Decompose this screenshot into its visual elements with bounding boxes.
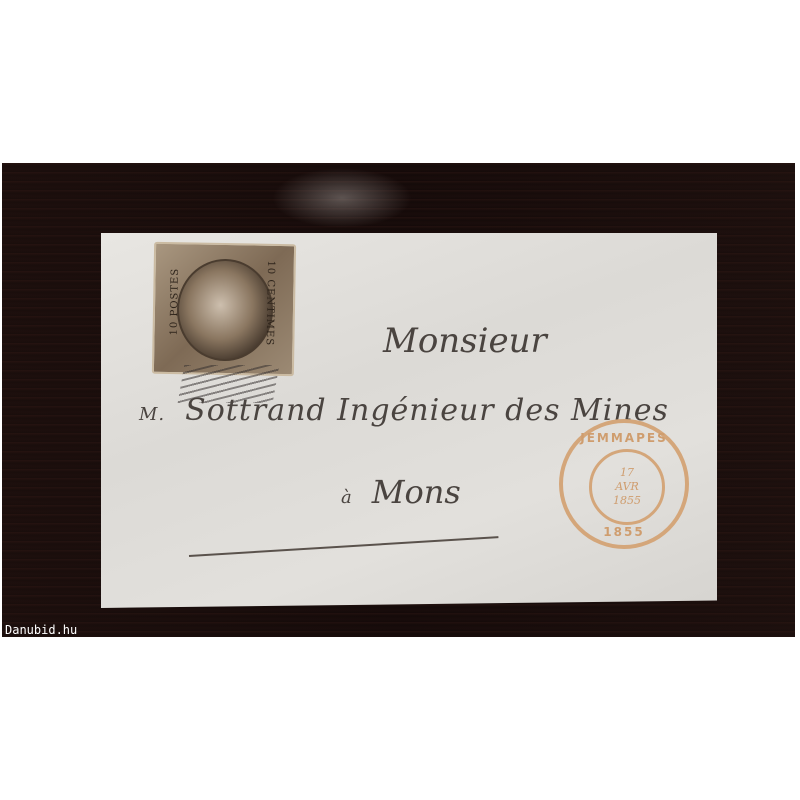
postmark-day: 17 <box>592 466 662 480</box>
postmark: JEMMAPES 17 AVR 1855 1855 <box>559 419 689 549</box>
address-line-3-text: Mons <box>372 473 461 511</box>
postmark-year-inner: 1855 <box>592 494 662 508</box>
address-line-2: M.Sottrand Ingénieur des Mines <box>139 393 669 428</box>
glare <box>272 168 412 228</box>
address-line-2-text: Sottrand Ingénieur des Mines <box>185 393 669 428</box>
postage-stamp: 10 POSTES 10 CENTIMES <box>152 242 296 376</box>
stamp-left-text: 10 POSTES <box>169 268 181 336</box>
stamp-right-text: 10 CENTIMES <box>264 260 276 346</box>
portrait-medallion <box>176 258 274 362</box>
flourish-underline <box>189 536 499 557</box>
address-line-2-prefix: M. <box>139 404 165 425</box>
address-line-3: àMons <box>341 473 461 511</box>
postmark-month: AVR <box>592 480 662 494</box>
postmark-inner-ring: 17 AVR 1855 <box>589 449 665 525</box>
postmark-town: JEMMAPES <box>563 431 685 445</box>
envelope: 10 POSTES 10 CENTIMES Monsieur M.Sottran… <box>101 233 717 608</box>
watermark: Danubid.hu <box>5 623 77 637</box>
postmark-date: 17 AVR 1855 <box>592 466 662 508</box>
postmark-year: 1855 <box>563 525 685 539</box>
address-line-1: Monsieur <box>383 321 547 361</box>
address-line-3-prefix: à <box>341 487 352 508</box>
photo: 10 POSTES 10 CENTIMES Monsieur M.Sottran… <box>2 163 795 637</box>
